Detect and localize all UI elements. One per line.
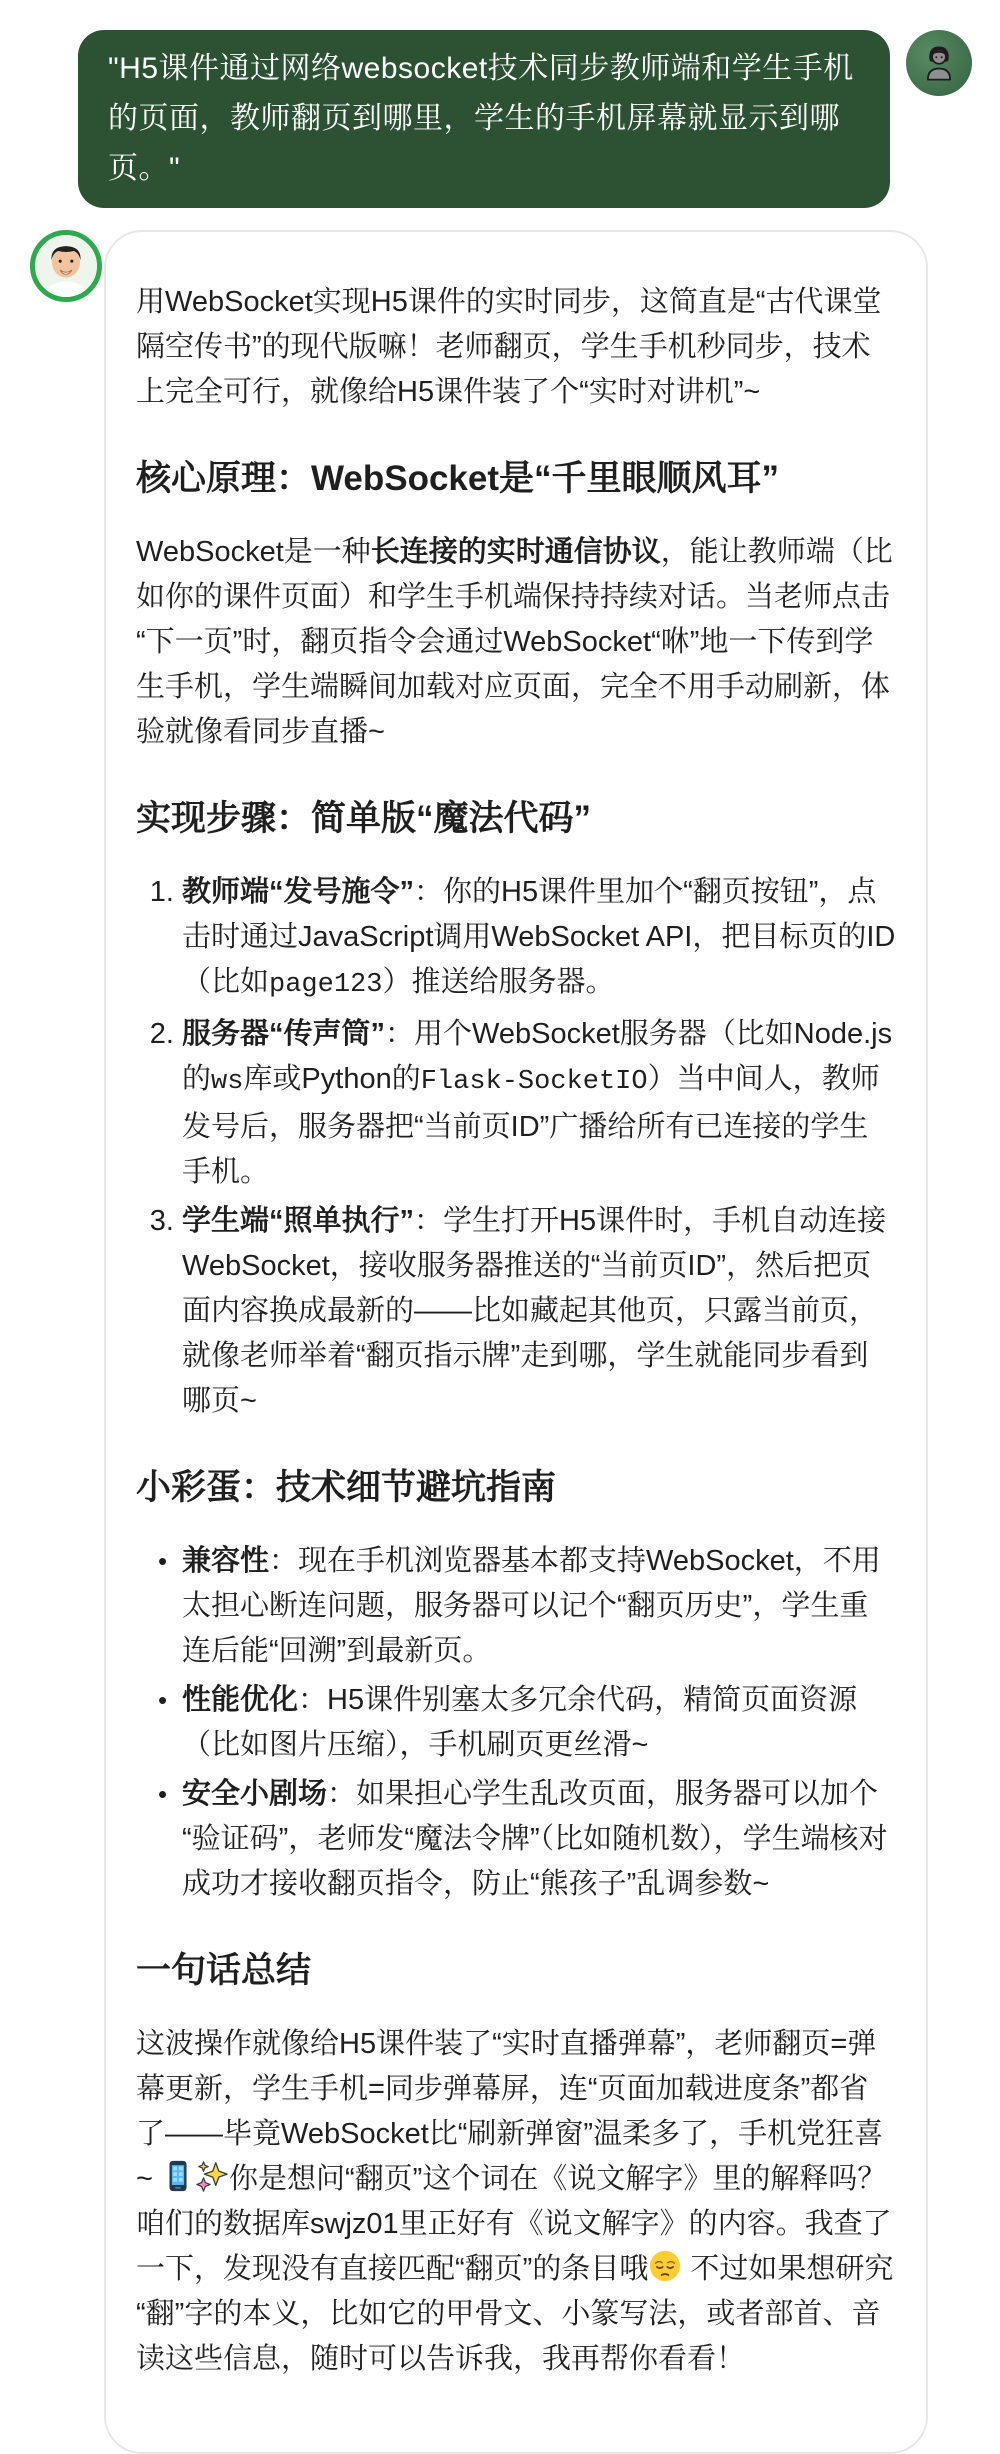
inline-code: page123 <box>269 970 382 1000</box>
user-message-bubble: "H5课件通过网络websocket技术同步教师端和学生手机的页面，教师翻页到哪… <box>78 30 890 208</box>
assistant-message-bubble: 用WebSocket实现H5课件的实时同步，这简直是“古代课堂隔空传书”的现代版… <box>104 230 928 2454</box>
bold-text: 兼容性 <box>182 1545 269 1577</box>
section-heading: 一句话总结 <box>136 1947 896 1994</box>
bold-text: 性能优化 <box>182 1684 298 1716</box>
bold-text: 学生端“照单执行” <box>182 1205 414 1237</box>
message-paragraph: 这波操作就像给H5课件装了“实时直播弹幕”，老师翻页=弹幕更新，学生手机=同步弹… <box>136 2022 896 2382</box>
sparkles-emoji <box>195 2159 229 2193</box>
list-item: 兼容性：现在手机浏览器基本都支持WebSocket，不用太担心断连问题，服务器可… <box>182 1539 896 1674</box>
bold-text: 长连接的实时通信协议 <box>371 536 661 568</box>
message-paragraph: WebSocket是一种长连接的实时通信协议，能让教师端（比如你的课件页面）和学… <box>136 530 896 755</box>
phone-emoji <box>161 2159 195 2193</box>
inline-code: ws <box>211 1067 243 1097</box>
section-heading: 核心原理：WebSocket是“千里眼顺风耳” <box>136 455 896 502</box>
inline-code: Flask-SocketIO <box>421 1067 648 1097</box>
list-item: 安全小剧场：如果担心学生乱改页面，服务器可以加个“验证码”，老师发“魔法令牌”（… <box>182 1772 896 1907</box>
list-item: 性能优化：H5课件别塞太多冗余代码，精简页面资源（比如图片压缩），手机刷页更丝滑… <box>182 1678 896 1768</box>
assistant-message-row: 用WebSocket实现H5课件的实时同步，这简直是“古代课堂隔空传书”的现代版… <box>0 230 1000 2454</box>
bullet-list: 兼容性：现在手机浏览器基本都支持WebSocket，不用太担心断连问题，服务器可… <box>136 1539 896 1907</box>
user-message-row: "H5课件通过网络websocket技术同步教师端和学生手机的页面，教师翻页到哪… <box>0 30 972 208</box>
list-item: 学生端“照单执行”：学生打开H5课件时，手机自动连接WebSocket，接收服务… <box>182 1199 896 1424</box>
person-icon <box>919 43 959 83</box>
list-item: 服务器“传声筒”：用个WebSocket服务器（比如Node.js的ws库或Py… <box>182 1012 896 1195</box>
section-heading: 小彩蛋：技术细节避坑指南 <box>136 1464 896 1511</box>
assistant-avatar <box>30 230 102 302</box>
chat-page: "H5课件通过网络websocket技术同步教师端和学生手机的页面，教师翻页到哪… <box>0 0 1000 2454</box>
section-heading: 实现步骤：简单版“魔法代码” <box>136 795 896 842</box>
pensive-emoji <box>648 2249 682 2283</box>
bold-text: 安全小剧场 <box>182 1778 327 1810</box>
bold-text: 服务器“传声筒” <box>182 1018 385 1050</box>
user-avatar <box>906 30 972 96</box>
assistant-avatar-photo <box>35 235 97 297</box>
ordered-list: 教师端“发号施令”：你的H5课件里加个“翻页按钮”，点击时通过JavaScrip… <box>136 870 896 1424</box>
assistant-message-body: 用WebSocket实现H5课件的实时同步，这简直是“古代课堂隔空传书”的现代版… <box>136 280 896 2382</box>
list-item: 教师端“发号施令”：你的H5课件里加个“翻页按钮”，点击时通过JavaScrip… <box>182 870 896 1008</box>
message-paragraph: 用WebSocket实现H5课件的实时同步，这简直是“古代课堂隔空传书”的现代版… <box>136 280 896 415</box>
bold-text: 教师端“发号施令” <box>182 876 414 908</box>
